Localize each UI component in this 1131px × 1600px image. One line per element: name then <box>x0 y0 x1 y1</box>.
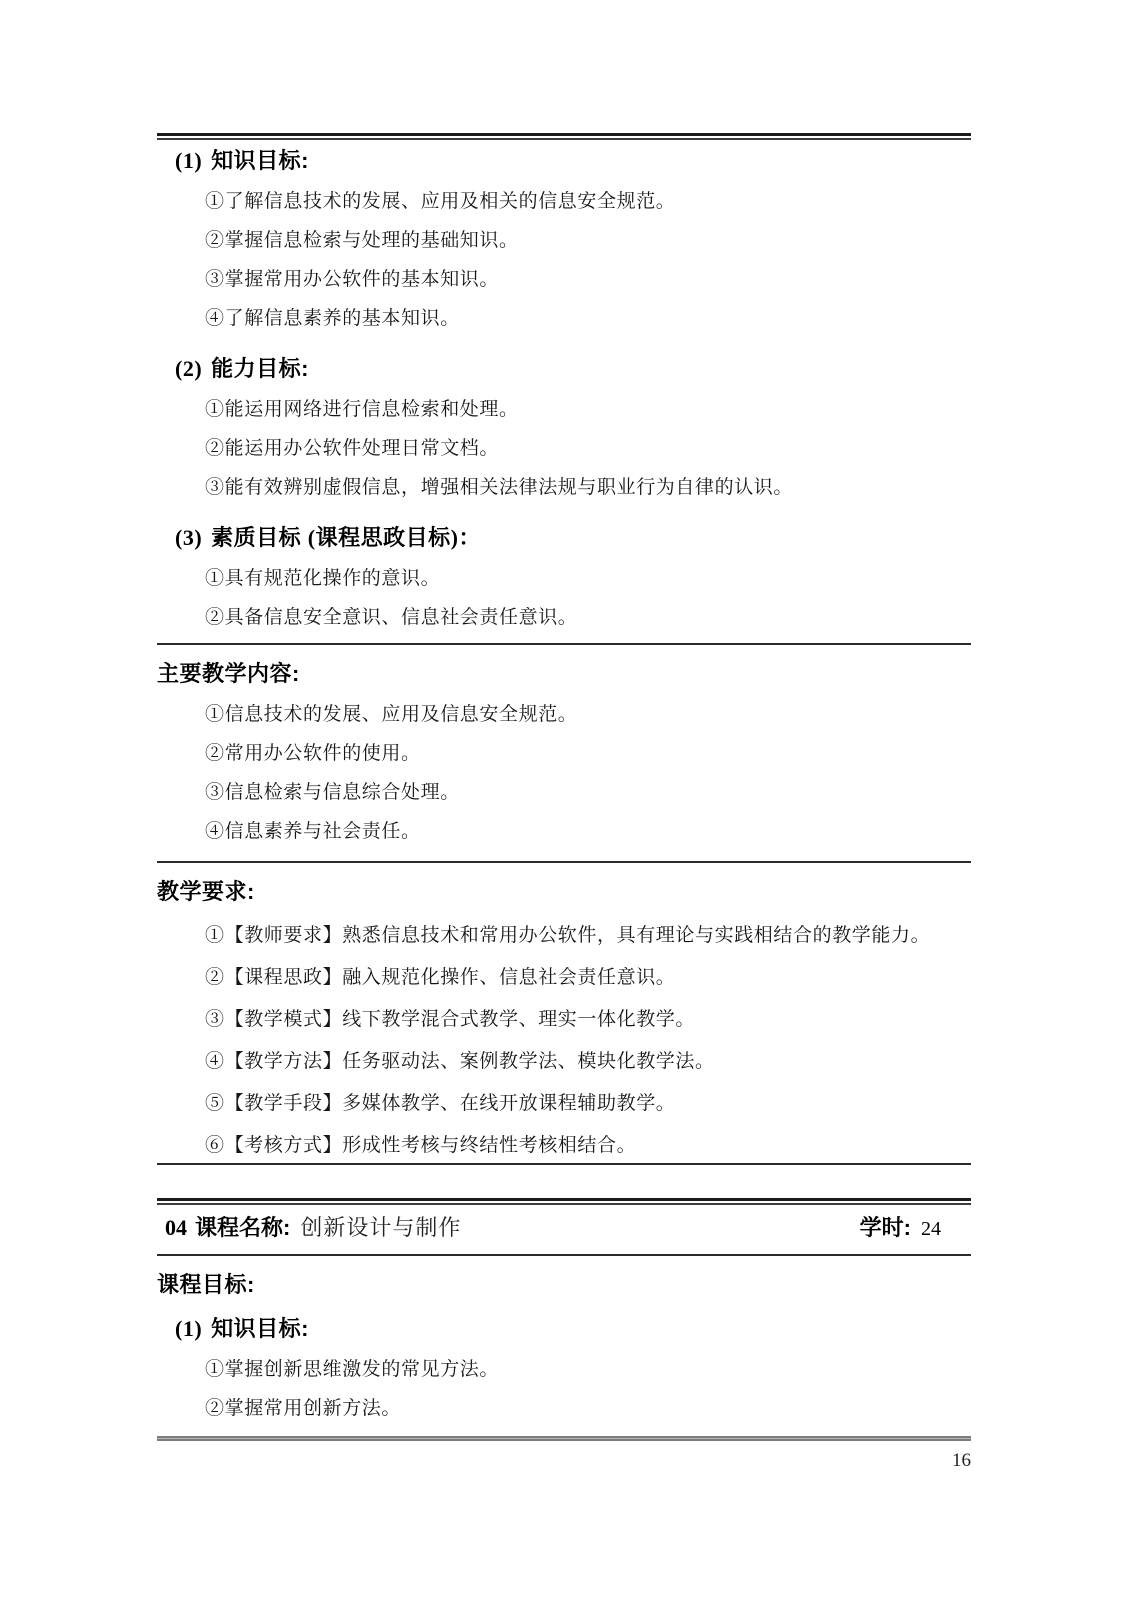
knowledge-objectives-heading: (1)知识目标: <box>157 148 971 174</box>
knowledge-item: ④了解信息素养的基本知识。 <box>157 308 971 330</box>
teaching-requirement-item: ⑤【教学手段】多媒体教学、在线开放课程辅助教学。 <box>157 1093 971 1115</box>
knowledge-item: ②掌握信息检索与处理的基础知识。 <box>157 230 971 252</box>
course-name: 创新设计与制作 <box>300 1215 461 1240</box>
quality-item: ①具有规范化操作的意识。 <box>157 568 971 590</box>
teaching-content-item: ①信息技术的发展、应用及信息安全规范。 <box>157 704 971 726</box>
course-name-label: 课程名称: <box>195 1215 290 1240</box>
heading-text: 知识目标: <box>211 1316 309 1341</box>
teaching-requirement-item: ②【课程思政】融入规范化操作、信息社会责任意识。 <box>157 967 971 989</box>
course-number: 04 <box>165 1215 187 1240</box>
hours-value: 24 <box>921 1218 941 1240</box>
teaching-content-heading: 主要教学内容: <box>157 661 971 687</box>
course04-knowledge-item: ②掌握常用创新方法。 <box>157 1398 971 1420</box>
page-bottom-divider <box>157 1436 971 1441</box>
knowledge-item: ③掌握常用办公软件的基本知识。 <box>157 269 971 291</box>
teaching-requirement-item: ④【教学方法】任务驱动法、案例教学法、模块化教学法。 <box>157 1051 971 1073</box>
heading-number: (3) <box>175 525 202 550</box>
teaching-requirements-section: 教学要求: ①【教师要求】熟悉信息技术和常用办公软件，具有理论与实践相结合的教学… <box>157 879 971 1157</box>
quality-item: ②具备信息安全意识、信息社会责任意识。 <box>157 607 971 629</box>
heading-number: (1) <box>175 148 202 173</box>
course04-knowledge-heading: (1)知识目标: <box>157 1316 971 1342</box>
teaching-requirement-item: ①【教师要求】熟悉信息技术和常用办公软件，具有理论与实践相结合的教学能力。 <box>157 925 971 947</box>
heading-text: 素质目标 <box>211 525 301 550</box>
ability-item: ②能运用办公软件处理日常文档。 <box>157 438 971 460</box>
heading-paren-text: (课程思政目标)： <box>308 525 481 550</box>
course04-knowledge-item: ①掌握创新思维激发的常见方法。 <box>157 1359 971 1381</box>
teaching-content-item: ②常用办公软件的使用。 <box>157 743 971 765</box>
section-divider <box>157 861 971 863</box>
course-goals-heading: 课程目标: <box>157 1272 971 1298</box>
course04-header-divider <box>157 1254 971 1256</box>
course04-title: 04课程名称:创新设计与制作 <box>165 1215 461 1241</box>
ability-item: ③能有效辨别虚假信息，增强相关法律法规与职业行为自律的认识。 <box>157 477 971 499</box>
ability-objectives-heading: (2)能力目标: <box>157 356 971 382</box>
course04-header-row: 04课程名称:创新设计与制作 学时:24 <box>157 1205 971 1254</box>
course04-top-divider <box>157 1198 971 1205</box>
heading-text: 能力目标: <box>211 356 309 381</box>
heading-number: (2) <box>175 356 202 381</box>
knowledge-item: ①了解信息技术的发展、应用及相关的信息安全规范。 <box>157 191 971 213</box>
quality-objectives-heading: (3)素质目标 (课程思政目标)： <box>157 525 971 551</box>
teaching-requirements-heading: 教学要求: <box>157 879 971 905</box>
teaching-content-item: ③信息检索与信息综合处理。 <box>157 782 971 804</box>
teaching-content-item: ④信息素养与社会责任。 <box>157 821 971 843</box>
ability-item: ①能运用网络进行信息检索和处理。 <box>157 399 971 421</box>
section-end-divider <box>157 1163 971 1165</box>
heading-text: 知识目标: <box>211 148 309 173</box>
section-top-divider <box>157 133 971 140</box>
teaching-requirement-item: ③【教学模式】线下教学混合式教学、理实一体化教学。 <box>157 1009 971 1031</box>
heading-number: (1) <box>175 1316 202 1341</box>
course04-hours: 学时:24 <box>860 1215 941 1242</box>
page-number: 16 <box>157 1450 971 1472</box>
teaching-requirement-item: ⑥【考核方式】形成性考核与终结性考核相结合。 <box>157 1135 971 1157</box>
section-divider <box>157 643 971 645</box>
hours-label: 学时: <box>860 1215 911 1240</box>
document-page: (1)知识目标: ①了解信息技术的发展、应用及相关的信息安全规范。 ②掌握信息检… <box>157 133 971 1472</box>
